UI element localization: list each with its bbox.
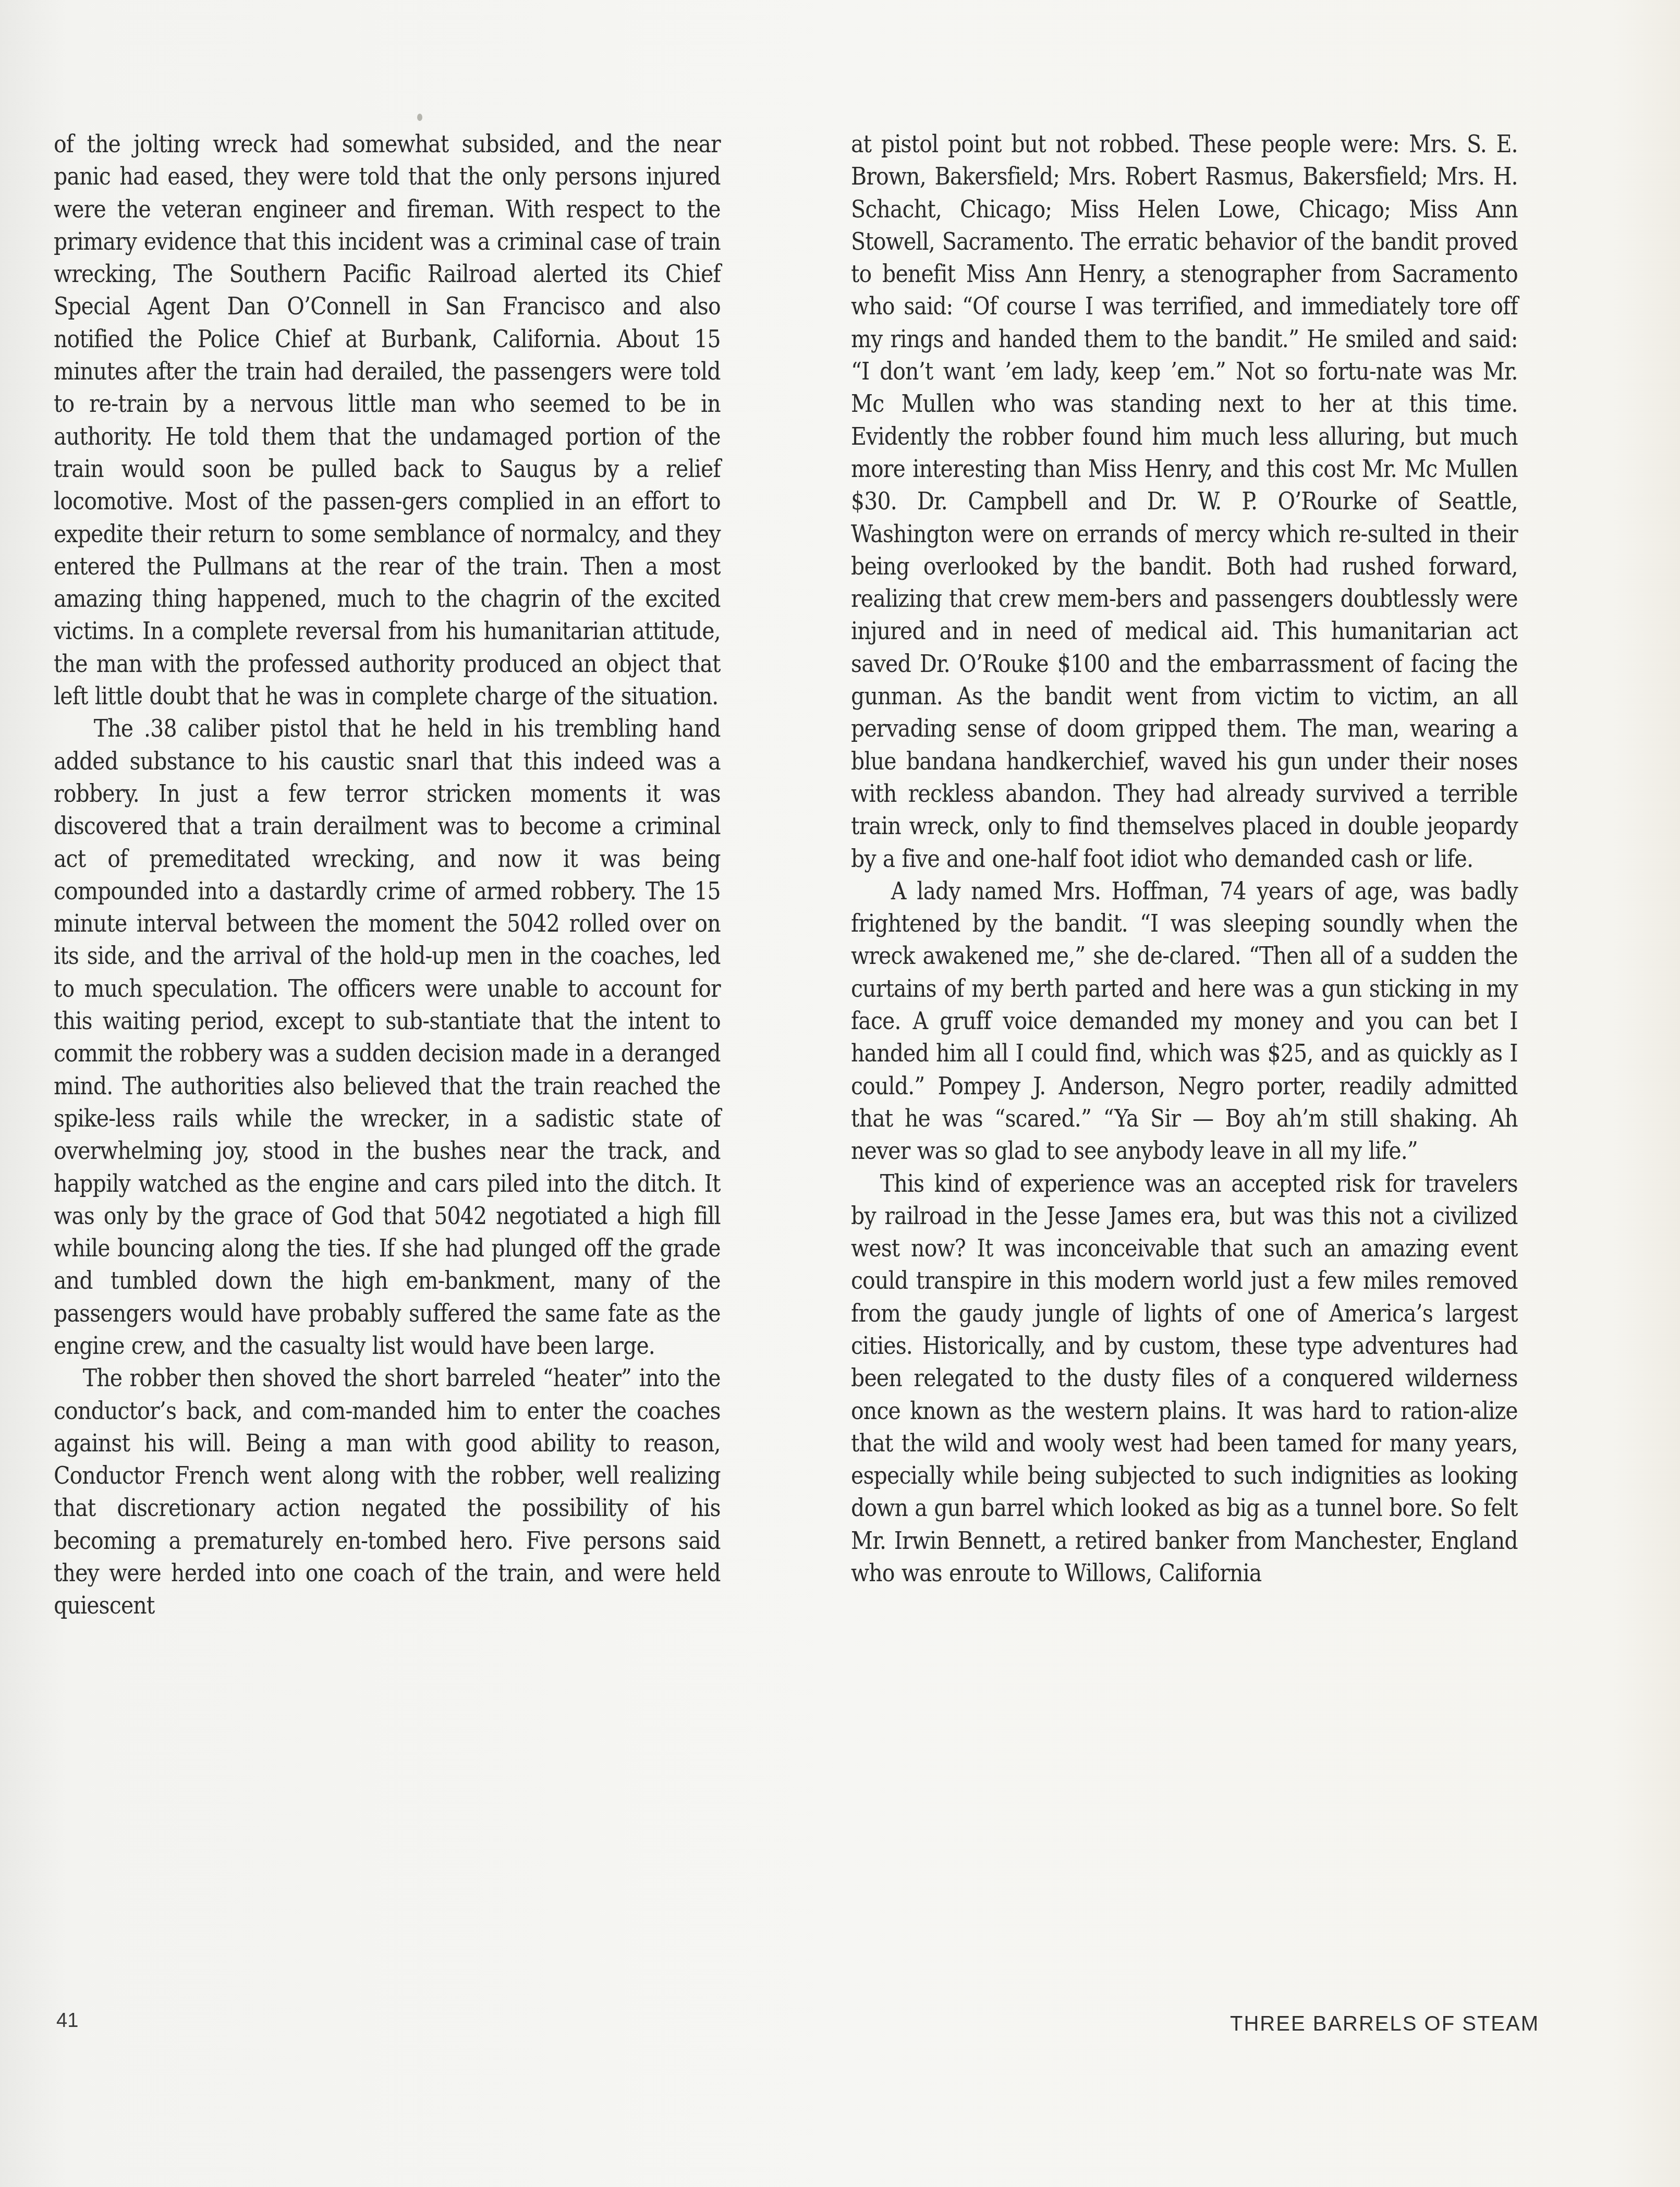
running-title: THREE BARRELS OF STEAM	[1230, 2012, 1539, 2036]
paragraph: This kind of experience was an accepted …	[851, 1168, 1518, 1590]
paragraph: at pistol point but not robbed. These pe…	[851, 128, 1518, 875]
paragraph: The .38 caliber pistol that he held in h…	[54, 713, 721, 1362]
right-column: at pistol point but not robbed. These pe…	[851, 128, 1518, 1590]
left-column: of the jolting wreck had somewhat subsid…	[54, 128, 721, 1622]
page-number: 41	[56, 2010, 78, 2032]
paragraph: of the jolting wreck had somewhat subsid…	[54, 128, 721, 713]
print-speck	[417, 114, 422, 121]
book-page: of the jolting wreck had somewhat subsid…	[0, 0, 1680, 2187]
paragraph: A lady named Mrs. Hoffman, 74 years of a…	[851, 875, 1518, 1168]
paragraph: The robber then shoved the short barrele…	[54, 1362, 721, 1622]
